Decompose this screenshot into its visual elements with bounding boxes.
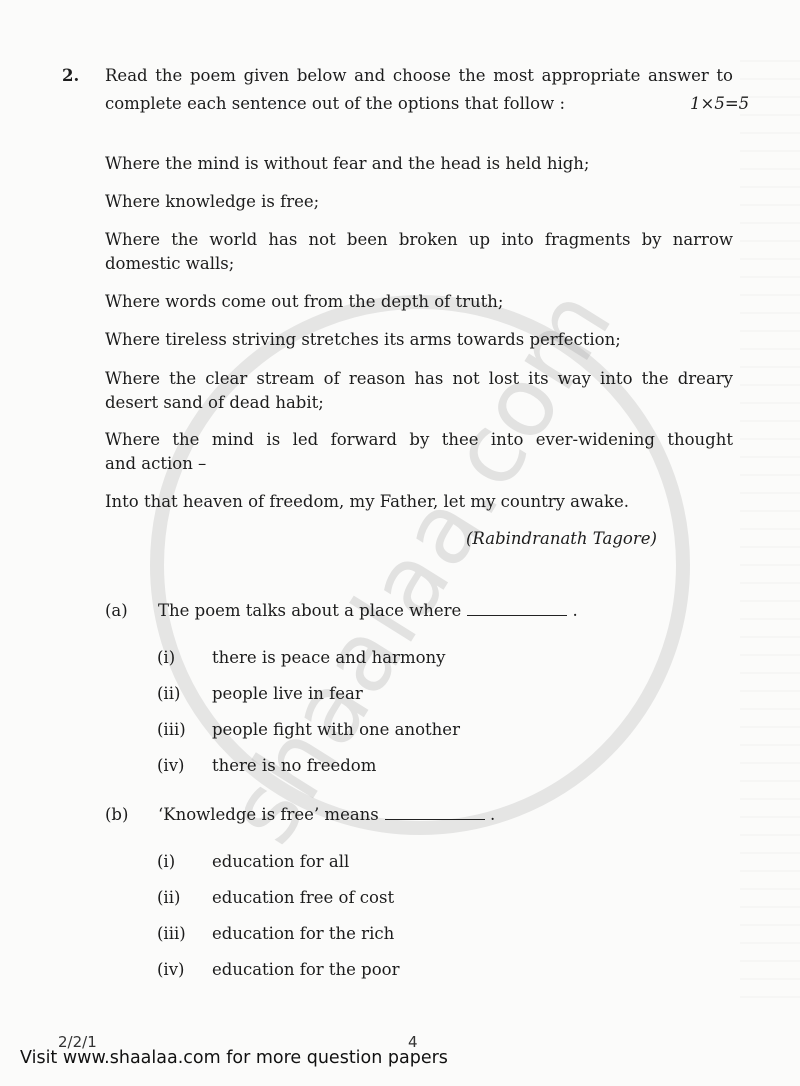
option-text: people live in fear <box>212 682 363 706</box>
answer-blank <box>467 601 567 616</box>
option-text: education for the poor <box>212 958 400 982</box>
option-label: (iv) <box>157 958 184 982</box>
poem-line: domestic walls; <box>105 252 234 276</box>
stem-end: . <box>490 805 495 824</box>
visit-link[interactable]: Visit www.shaalaa.com for more question … <box>20 1048 448 1068</box>
option-label: (iii) <box>157 922 186 946</box>
sub-question-label-a: (a) <box>105 599 128 623</box>
option-label: (iv) <box>157 754 184 778</box>
poem-line: Where tireless striving stretches its ar… <box>105 328 621 352</box>
poem-author: (Rabindranath Tagore) <box>466 527 657 551</box>
option-label: (i) <box>157 850 175 874</box>
option-text: education for all <box>212 850 349 874</box>
option-text: education for the rich <box>212 922 394 946</box>
poem-line: Where the mind is without fear and the h… <box>105 152 590 176</box>
poem-line: Where the world has not been broken up i… <box>105 228 733 252</box>
poem-line: Where the mind is led forward by thee in… <box>105 428 733 452</box>
option-label: (ii) <box>157 682 180 706</box>
question-instruction-line1: Read the poem given below and choose the… <box>105 64 733 88</box>
poem-line: Into that heaven of freedom, my Father, … <box>105 490 629 514</box>
sub-question-stem-a: The poem talks about a place where . <box>158 599 578 623</box>
exam-page: shaalaa.com 2. Read the poem given below… <box>0 0 800 1086</box>
option-label: (iii) <box>157 718 186 742</box>
poem-line: Where words come out from the depth of t… <box>105 290 503 314</box>
option-label: (ii) <box>157 886 180 910</box>
option-text: education free of cost <box>212 886 394 910</box>
stem-text: ‘Knowledge is free’ means <box>158 805 379 824</box>
option-text: there is no freedom <box>212 754 376 778</box>
answer-blank <box>385 805 485 820</box>
question-number: 2. <box>62 64 79 88</box>
poem-line: Where the clear stream of reason has not… <box>105 367 733 391</box>
option-text: people fight with one another <box>212 718 460 742</box>
option-label: (i) <box>157 646 175 670</box>
sub-question-label-b: (b) <box>105 803 128 827</box>
marks-allocation: 1×5=5 <box>690 92 749 116</box>
poem-line: and action – <box>105 452 206 476</box>
stem-text: The poem talks about a place where <box>158 601 461 620</box>
bleed-through-texture <box>740 60 800 1010</box>
poem-line: Where knowledge is free; <box>105 190 319 214</box>
poem-line: desert sand of dead habit; <box>105 391 324 415</box>
question-instruction-line2: complete each sentence out of the option… <box>105 92 565 116</box>
sub-question-stem-b: ‘Knowledge is free’ means . <box>158 803 495 827</box>
option-text: there is peace and harmony <box>212 646 445 670</box>
stem-end: . <box>573 601 578 620</box>
